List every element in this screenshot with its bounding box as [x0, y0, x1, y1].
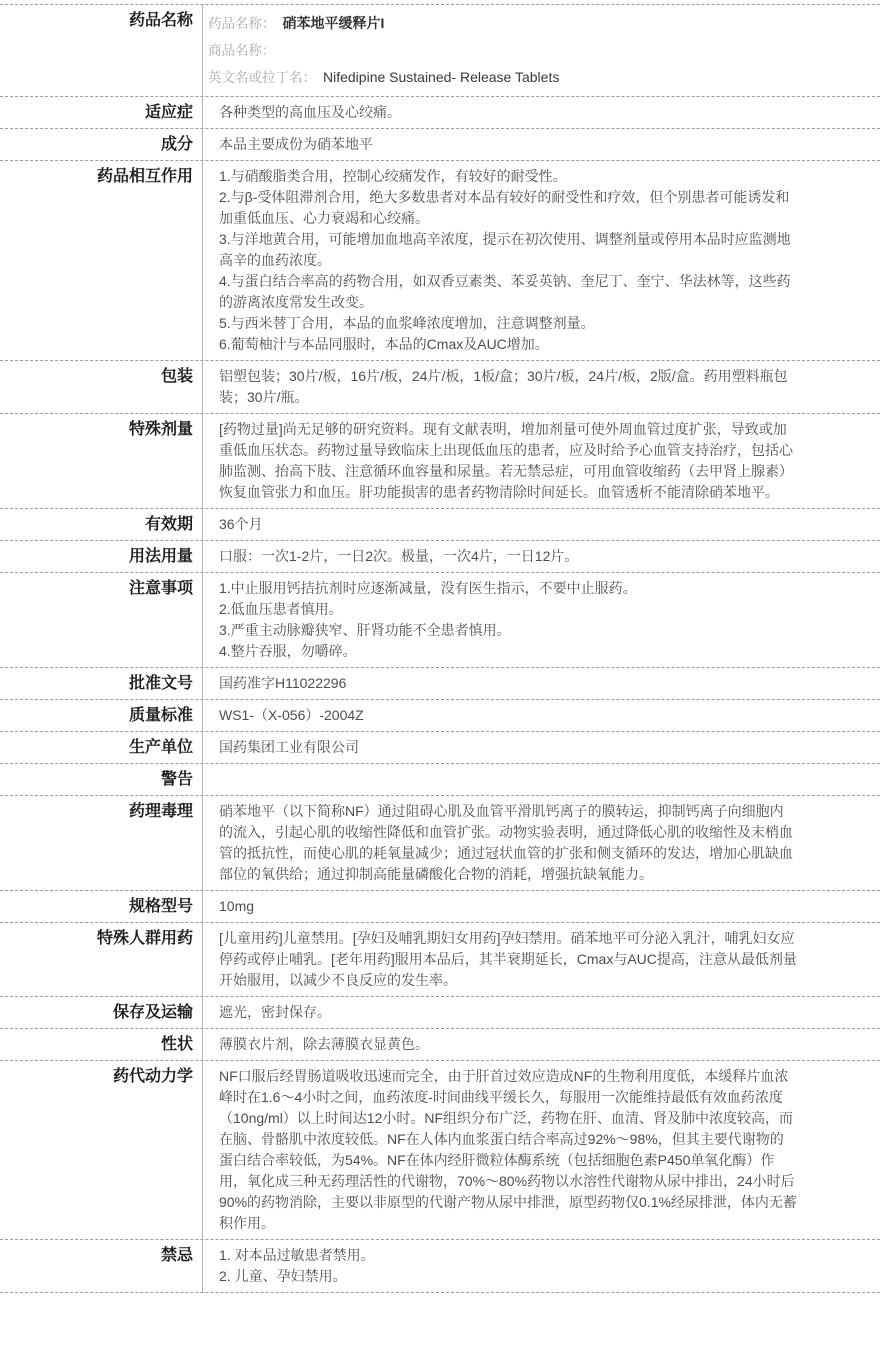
row-content: 1. 对本品过敏患者禁用。 2. 儿童、孕妇禁用。 — [203, 1240, 880, 1292]
field-value: Nifedipine Sustained- Release Tablets — [323, 69, 559, 85]
row-content: 36个月 — [203, 509, 880, 540]
row-text: 36个月 — [219, 514, 797, 535]
row-label: 包装 — [0, 361, 203, 413]
table-row-storage-transport: 保存及运输 遮光，密封保存。 — [0, 997, 880, 1029]
row-content: 铝塑包装；30片/板，16片/板，24片/板，1板/盒；30片/板，24片/板，… — [203, 361, 880, 413]
row-text: 1. 对本品过敏患者禁用。 2. 儿童、孕妇禁用。 — [219, 1245, 797, 1287]
table-row-pharmacology-toxicology: 药理毒理 硝苯地平（以下简称NF）通过阻碍心肌及血管平滑肌钙离子的膜转运，抑制钙… — [0, 796, 880, 891]
row-label: 用法用量 — [0, 541, 203, 572]
table-row-drug-name: 药品名称 药品名称：硝苯地平缓释片I 商品名称： 英文名或拉丁名：Nifedip… — [0, 5, 880, 97]
row-label: 药代动力学 — [0, 1061, 203, 1239]
row-content: 1.与硝酸脂类合用，控制心绞痛发作，有较好的耐受性。 2.与β-受体阻滞剂合用，… — [203, 161, 880, 360]
row-text: 铝塑包装；30片/板，16片/板，24片/板，1板/盒；30片/板，24片/板，… — [219, 366, 797, 408]
row-label: 质量标准 — [0, 700, 203, 731]
row-text: 1.与硝酸脂类合用，控制心绞痛发作，有较好的耐受性。 2.与β-受体阻滞剂合用，… — [219, 166, 797, 355]
table-row-indications: 适应症 各种类型的高血压及心绞痛。 — [0, 97, 880, 129]
row-label: 保存及运输 — [0, 997, 203, 1028]
row-content: 本品主要成份为硝苯地平 — [203, 129, 880, 160]
row-text: 本品主要成份为硝苯地平 — [219, 134, 797, 155]
drug-name-field: 药品名称：硝苯地平缓释片I — [208, 10, 880, 37]
row-content: [儿童用药]儿童禁用。[孕妇及哺乳期妇女用药]孕妇禁用。硝苯地平可分泌入乳汁，哺… — [203, 923, 880, 996]
row-label: 警告 — [0, 764, 203, 795]
row-text: 硝苯地平（以下简称NF）通过阻碍心肌及血管平滑肌钙离子的膜转运，抑制钙离子向细胞… — [219, 801, 797, 885]
row-label: 禁忌 — [0, 1240, 203, 1292]
row-label: 适应症 — [0, 97, 203, 128]
field-key: 英文名或拉丁名： — [208, 70, 316, 85]
row-label: 药品名称 — [0, 5, 203, 96]
row-text: WS1-（X-056）-2004Z — [219, 705, 797, 726]
row-content: 薄膜衣片剂，除去薄膜衣显黄色。 — [203, 1029, 880, 1060]
field-key: 商品名称： — [208, 43, 276, 58]
row-content: 遮光，密封保存。 — [203, 997, 880, 1028]
drug-info-table: 药品名称 药品名称：硝苯地平缓释片I 商品名称： 英文名或拉丁名：Nifedip… — [0, 4, 880, 1293]
row-content: 国药集团工业有限公司 — [203, 732, 880, 763]
table-row-dosage-administration: 用法用量 口服：一次1-2片，一日2次。极量，一次4片，一日12片。 — [0, 541, 880, 573]
row-content — [203, 764, 880, 795]
row-label: 特殊人群用药 — [0, 923, 203, 996]
table-row-pharmacokinetics: 药代动力学 NF口服后经胃肠道吸收迅速而完全，由于肝首过效应造成NF的生物利用度… — [0, 1061, 880, 1240]
row-text: 遮光，密封保存。 — [219, 1002, 797, 1023]
row-text: [药物过量]尚无足够的研究资料。现有文献表明，增加剂量可使外周血管过度扩张，导致… — [219, 419, 797, 503]
row-label: 特殊剂量 — [0, 414, 203, 508]
row-text: 国药准字H11022296 — [219, 673, 797, 694]
row-text: 国药集团工业有限公司 — [219, 737, 797, 758]
english-name-field: 英文名或拉丁名：Nifedipine Sustained- Release Ta… — [208, 64, 880, 91]
row-label: 有效期 — [0, 509, 203, 540]
table-row-approval-number: 批准文号 国药准字H11022296 — [0, 668, 880, 700]
field-value: 硝苯地平缓释片I — [283, 15, 385, 31]
row-content: 口服：一次1-2片，一日2次。极量，一次4片，一日12片。 — [203, 541, 880, 572]
row-label: 药理毒理 — [0, 796, 203, 890]
table-row-ingredients: 成分 本品主要成份为硝苯地平 — [0, 129, 880, 161]
row-content: WS1-（X-056）-2004Z — [203, 700, 880, 731]
row-content: 硝苯地平（以下简称NF）通过阻碍心肌及血管平滑肌钙离子的膜转运，抑制钙离子向细胞… — [203, 796, 880, 890]
row-content: 国药准字H11022296 — [203, 668, 880, 699]
table-row-contraindications: 禁忌 1. 对本品过敏患者禁用。 2. 儿童、孕妇禁用。 — [0, 1240, 880, 1293]
row-content: 各种类型的高血压及心绞痛。 — [203, 97, 880, 128]
table-row-precautions: 注意事项 1.中止服用钙拮抗剂时应逐渐减量，没有医生指示，不要中止服药。 2.低… — [0, 573, 880, 668]
row-label: 批准文号 — [0, 668, 203, 699]
row-label: 注意事项 — [0, 573, 203, 667]
table-row-shelf-life: 有效期 36个月 — [0, 509, 880, 541]
table-row-special-populations: 特殊人群用药 [儿童用药]儿童禁用。[孕妇及哺乳期妇女用药]孕妇禁用。硝苯地平可… — [0, 923, 880, 997]
row-label: 规格型号 — [0, 891, 203, 922]
row-content: 药品名称：硝苯地平缓释片I 商品名称： 英文名或拉丁名：Nifedipine S… — [203, 5, 880, 96]
table-row-special-dosage: 特殊剂量 [药物过量]尚无足够的研究资料。现有文献表明，增加剂量可使外周血管过度… — [0, 414, 880, 509]
row-content: 10mg — [203, 891, 880, 922]
row-content: NF口服后经胃肠道吸收迅速而完全，由于肝首过效应造成NF的生物利用度低，本缓释片… — [203, 1061, 880, 1239]
row-label: 成分 — [0, 129, 203, 160]
row-text: 各种类型的高血压及心绞痛。 — [219, 102, 797, 123]
table-row-manufacturer: 生产单位 国药集团工业有限公司 — [0, 732, 880, 764]
row-label: 性状 — [0, 1029, 203, 1060]
row-text: 薄膜衣片剂，除去薄膜衣显黄色。 — [219, 1034, 797, 1055]
row-text: [儿童用药]儿童禁用。[孕妇及哺乳期妇女用药]孕妇禁用。硝苯地平可分泌入乳汁，哺… — [219, 928, 797, 991]
table-row-warning: 警告 — [0, 764, 880, 796]
table-row-quality-standard: 质量标准 WS1-（X-056）-2004Z — [0, 700, 880, 732]
table-row-description: 性状 薄膜衣片剂，除去薄膜衣显黄色。 — [0, 1029, 880, 1061]
row-text: 10mg — [219, 896, 797, 917]
row-content: 1.中止服用钙拮抗剂时应逐渐减量，没有医生指示，不要中止服药。 2.低血压患者慎… — [203, 573, 880, 667]
trade-name-field: 商品名称： — [208, 37, 880, 64]
row-text: 1.中止服用钙拮抗剂时应逐渐减量，没有医生指示，不要中止服药。 2.低血压患者慎… — [219, 578, 797, 662]
row-text: NF口服后经胃肠道吸收迅速而完全，由于肝首过效应造成NF的生物利用度低，本缓释片… — [219, 1066, 797, 1234]
row-label: 药品相互作用 — [0, 161, 203, 360]
field-key: 药品名称： — [208, 16, 276, 31]
table-row-specification: 规格型号 10mg — [0, 891, 880, 923]
table-row-packaging: 包装 铝塑包装；30片/板，16片/板，24片/板，1板/盒；30片/板，24片… — [0, 361, 880, 414]
table-row-drug-interactions: 药品相互作用 1.与硝酸脂类合用，控制心绞痛发作，有较好的耐受性。 2.与β-受… — [0, 161, 880, 361]
row-content: [药物过量]尚无足够的研究资料。现有文献表明，增加剂量可使外周血管过度扩张，导致… — [203, 414, 880, 508]
row-label: 生产单位 — [0, 732, 203, 763]
row-text: 口服：一次1-2片，一日2次。极量，一次4片，一日12片。 — [219, 546, 797, 567]
